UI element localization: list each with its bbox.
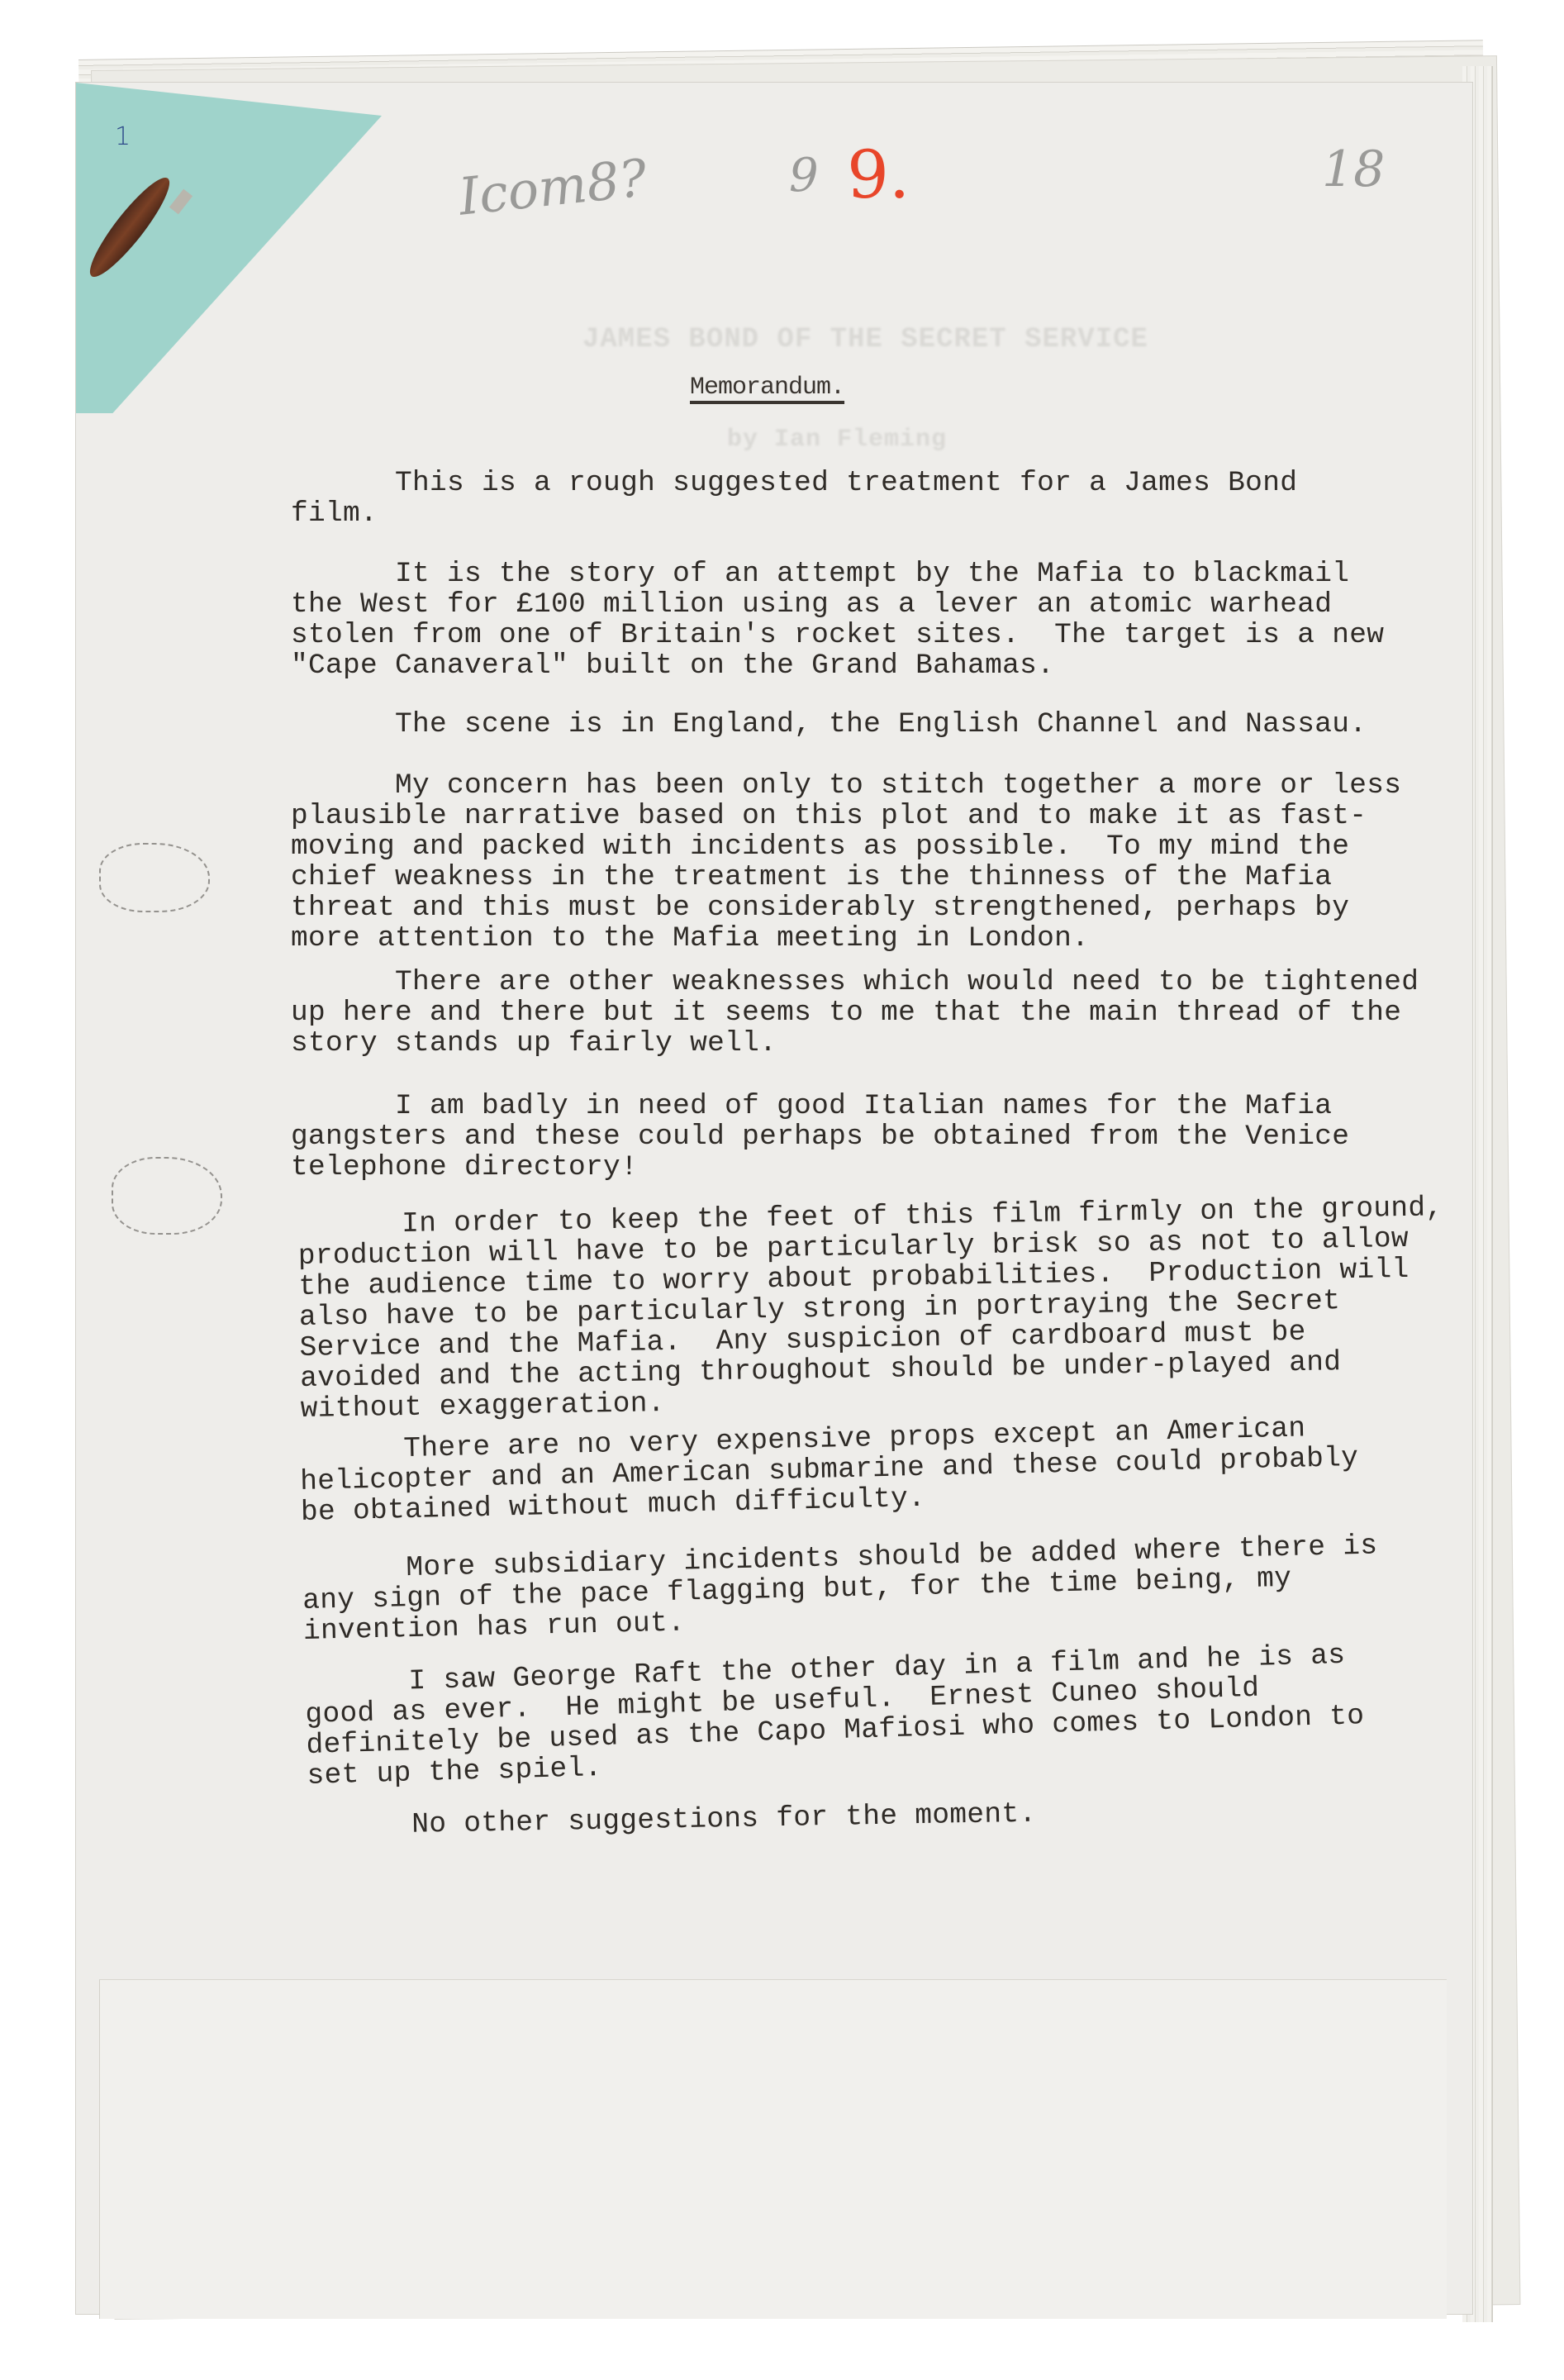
margin-stain-mark — [99, 843, 210, 912]
folded-lower-page — [99, 1979, 1447, 2319]
paragraph: There are other weaknesses which would n… — [291, 967, 1419, 1059]
memo-title: Memorandum. — [690, 374, 844, 402]
bleedthrough-byline: by Ian Fleming — [727, 426, 947, 454]
paragraph: My concern has been only to stitch toget… — [291, 770, 1401, 954]
paragraph: This is a rough suggested treatment for … — [291, 468, 1297, 529]
paragraph: It is the story of an attempt by the Maf… — [291, 559, 1384, 681]
margin-stain-mark — [112, 1157, 222, 1235]
red-page-number: 9. — [847, 136, 910, 213]
blue-tab-mark: 1 — [115, 122, 131, 151]
pencil-corner-number: 18 — [1322, 140, 1385, 198]
paragraph: In order to keep the feet of this film f… — [297, 1192, 1446, 1425]
paragraph: I am badly in need of good Italian names… — [291, 1091, 1349, 1183]
pencil-page-number: 9 — [789, 149, 819, 202]
paragraph: The scene is in England, the English Cha… — [291, 709, 1367, 740]
bleedthrough-heading: JAMES BOND OF THE SECRET SERVICE — [582, 324, 1148, 355]
